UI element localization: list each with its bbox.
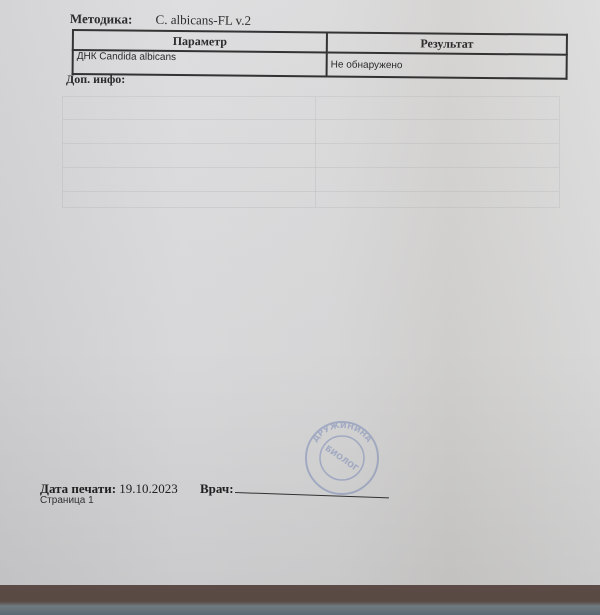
cell-result: Не обнаружено (327, 52, 567, 78)
method-label: Методика: (70, 11, 133, 27)
show-through-table (62, 96, 560, 208)
stamp-top-text: ДРУЖИНИНА (310, 421, 374, 445)
stamp-icon: ДРУЖИНИНА БИОЛОГ (298, 420, 386, 496)
additional-info-label: Доп. инфо: (66, 72, 125, 87)
page-number: Страница 1 (40, 495, 94, 506)
table-surface (0, 585, 600, 615)
header-result: Результат (327, 32, 567, 54)
header-parameter: Параметр (73, 30, 327, 52)
print-date-label: Дата печати: (40, 481, 116, 496)
stamp-center-text: БИОЛОГ (324, 444, 360, 473)
method-value: C. albicans-FL v.2 (155, 12, 251, 28)
doctor-label: Врач: (200, 481, 234, 497)
method-line: Методика: C. albicans-FL v.2 (70, 11, 251, 29)
document-page: Методика: C. albicans-FL v.2 Параметр Ре… (0, 0, 600, 585)
results-table: Параметр Результат ДНК Candida albicans … (72, 29, 568, 80)
print-date-value: 19.10.2023 (119, 481, 178, 496)
svg-text:ДРУЖИНИНА: ДРУЖИНИНА (310, 421, 374, 445)
table-row: ДНК Candida albicans Не обнаружено (73, 50, 567, 79)
